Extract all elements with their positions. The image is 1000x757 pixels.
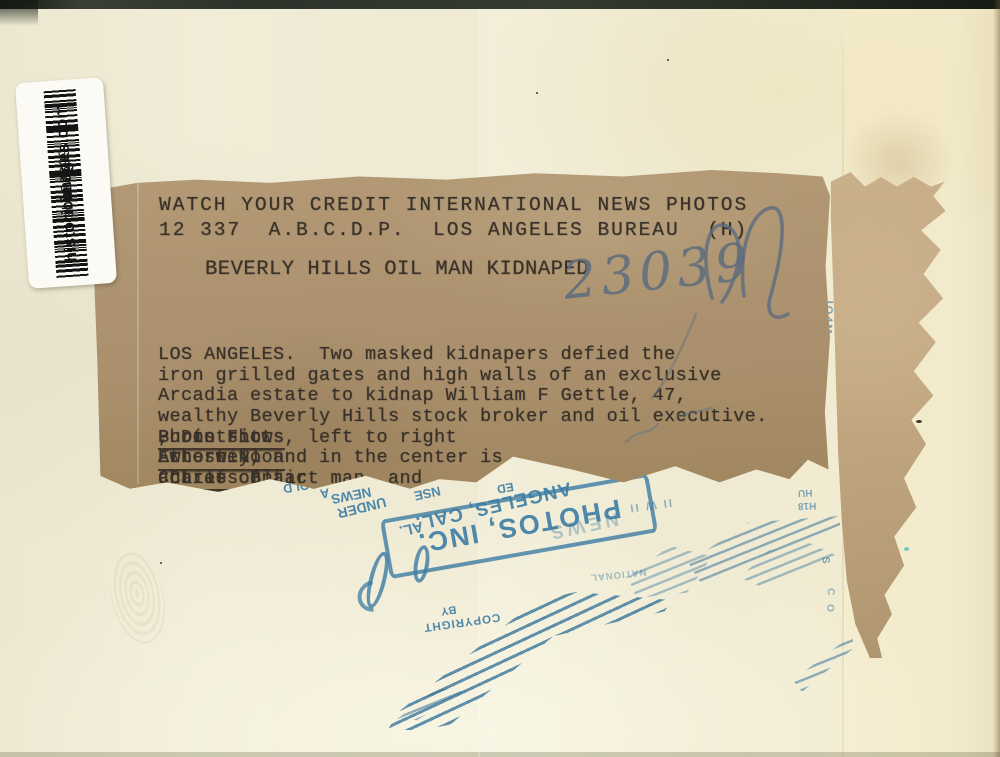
body-text: , District — [158, 428, 273, 449]
scanner-right-edge — [993, 0, 1000, 757]
credit-line: WATCH YOUR CREDIT INTERNATIONAL NEWS PHO… — [159, 194, 748, 216]
stamp-fragment-gap-mid: S — [820, 556, 832, 563]
stamp-ribbon-curl — [351, 574, 395, 618]
stamp-fragment-gap-low: C O — [824, 579, 837, 623]
stamp-fragment-this: H18 — [798, 500, 817, 512]
dust-speck — [536, 92, 538, 94]
body-text: Chief of — [158, 469, 262, 490]
bureau-line: 12 337 A.B.C.D.P. LOS ANGELES BUREAU (H) — [159, 219, 748, 241]
scanner-bottom-edge — [0, 752, 1000, 757]
stamp-hatch-marks — [793, 634, 853, 692]
dust-speck — [916, 420, 922, 423]
photo-back-scan: PHOTOS, INC. ANGELES, CAL. BY COPYRIGHT … — [0, 0, 1000, 757]
caption-body: LOS ANGELES. Two masked kidnapers defied… — [158, 304, 227, 510]
stamp-fragment-nse: NSE — [413, 483, 442, 503]
stamp-fragment-hu: HU — [798, 487, 813, 498]
dust-speck — [667, 59, 669, 61]
body-text: who will — [158, 448, 262, 469]
label-crease — [137, 178, 139, 484]
scanner-top-edge — [0, 0, 1000, 9]
scanner-corner-shadow — [0, 0, 38, 26]
pencil-scribbles — [560, 280, 820, 470]
stamp-copyright-text: COPYRIGHT — [423, 611, 501, 634]
stamp-by-text: BY — [440, 603, 457, 617]
dust-speck — [160, 562, 162, 564]
ink-speck — [904, 547, 909, 551]
fingerprint-smudge — [103, 548, 173, 649]
stamp-fragment-ed: ED — [496, 480, 515, 497]
headline: BEVERLY HILLS OIL MAN KIDNAPED — [205, 258, 589, 281]
stamp-hatch-marks — [628, 546, 712, 598]
torn-paper-strip — [826, 172, 948, 658]
stamp-fragment-a: A — [319, 485, 331, 501]
barcode-sticker: historicimages.com sba23699 — [15, 77, 117, 289]
sticker-content: historicimages.com sba23699 — [16, 81, 116, 285]
